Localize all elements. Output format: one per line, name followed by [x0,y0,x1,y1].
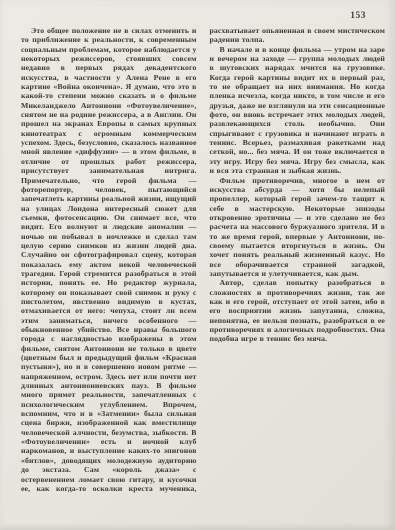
book-page: 153 Это общее положение не в силах отмен… [0,0,395,530]
page-number: 153 [350,11,366,21]
paragraph: В начале и в конце фильма — утром на зар… [210,45,386,176]
paragraph: Фильм противоречив, многое в нем от иску… [210,176,386,279]
two-column-text-block: Это общее положение не в силах отменить … [21,26,385,494]
paragraph: Автор, сделав попытку разобраться в слож… [210,278,386,343]
